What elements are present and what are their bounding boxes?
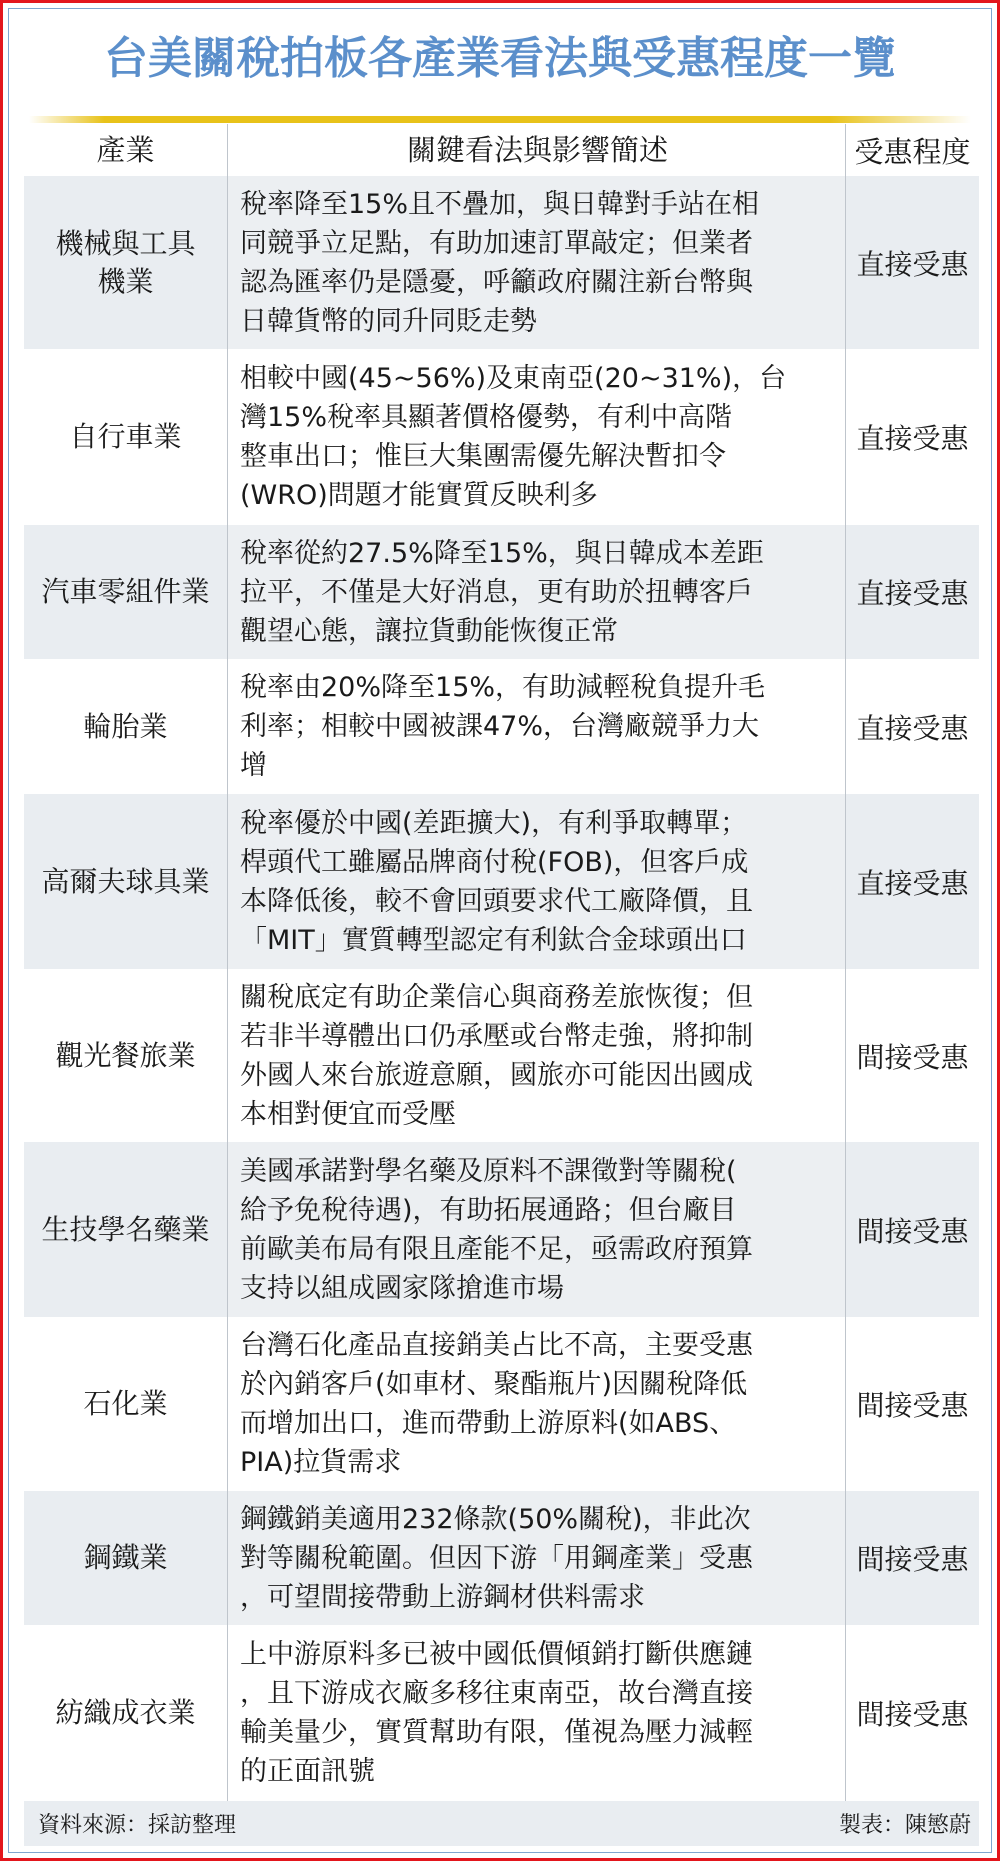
- frame-outer-border: 台美關稅拍板各產業看法與受惠程度一覽 產業 關鍵看法與影響簡述 受惠程度 機械與…: [0, 0, 1000, 1861]
- benefit-level-cell: 直接受惠: [846, 176, 979, 349]
- benefit-level-cell: 直接受惠: [846, 794, 979, 969]
- summary-cell: 鋼鐵銷美適用232條款(50%關稅)，非此次 對等關稅範圍。但因下游「用鋼產業」…: [227, 1491, 846, 1625]
- summary-cell: 美國承諾對學名藥及原料不課徵對等關稅( 給予免稅待遇)，有助拓展通路；但台廠目 …: [227, 1142, 846, 1317]
- benefit-level-cell: 間接受惠: [846, 1625, 979, 1801]
- industry-table: 產業 關鍵看法與影響簡述 受惠程度 機械與工具 機業稅率降至15%且不疊加，與日…: [24, 124, 979, 1846]
- table-footer: 資料來源：採訪整理 製表：陳慜蔚: [24, 1801, 979, 1846]
- summary-cell: 上中游原料多已被中國低價傾銷打斷供應鏈 ，且下游成衣廠多移往東南亞，故台灣直接 …: [227, 1625, 846, 1801]
- table-row: 機械與工具 機業稅率降至15%且不疊加，與日韓對手站在相 同競爭立足點，有助加速…: [24, 176, 979, 349]
- summary-cell: 稅率優於中國(差距擴大)，有利爭取轉單； 桿頭代工雖屬品牌商付稅(FOB)，但客…: [227, 794, 846, 969]
- benefit-level-cell: 間接受惠: [846, 1491, 979, 1625]
- benefit-level-cell: 間接受惠: [846, 969, 979, 1142]
- benefit-level-cell: 間接受惠: [846, 1142, 979, 1317]
- benefit-level-cell: 直接受惠: [846, 659, 979, 794]
- source-note: 資料來源：採訪整理: [38, 1808, 236, 1839]
- industry-cell: 輪胎業: [24, 659, 227, 794]
- industry-cell: 紡織成衣業: [24, 1625, 227, 1801]
- industry-cell: 自行車業: [24, 349, 227, 525]
- header-summary: 關鍵看法與影響簡述: [227, 124, 846, 176]
- industry-cell: 鋼鐵業: [24, 1491, 227, 1625]
- industry-cell: 觀光餐旅業: [24, 969, 227, 1142]
- summary-cell: 台灣石化產品直接銷美占比不高，主要受惠 於內銷客戶(如車材、聚酯瓶片)因關稅降低…: [227, 1317, 846, 1491]
- table-header-row: 產業 關鍵看法與影響簡述 受惠程度: [24, 124, 979, 176]
- table-row: 自行車業相較中國(45~56%)及東南亞(20~31%)，台 灣15%稅率具顯著…: [24, 349, 979, 525]
- header-benefit: 受惠程度: [846, 124, 979, 176]
- benefit-level-cell: 直接受惠: [846, 349, 979, 525]
- table-row: 汽車零組件業稅率從約27.5%降至15%，與日韓成本差距 拉平，不僅是大好消息，…: [24, 525, 979, 659]
- table-row: 石化業台灣石化產品直接銷美占比不高，主要受惠 於內銷客戶(如車材、聚酯瓶片)因關…: [24, 1317, 979, 1491]
- table-row: 鋼鐵業鋼鐵銷美適用232條款(50%關稅)，非此次 對等關稅範圍。但因下游「用鋼…: [24, 1491, 979, 1625]
- industry-cell: 生技學名藥業: [24, 1142, 227, 1317]
- summary-cell: 稅率降至15%且不疊加，與日韓對手站在相 同競爭立足點，有助加速訂單敲定；但業者…: [227, 176, 846, 349]
- page-title: 台美關稅拍板各產業看法與受惠程度一覽: [9, 29, 991, 89]
- summary-cell: 相較中國(45~56%)及東南亞(20~31%)，台 灣15%稅率具顯著價格優勢…: [227, 349, 846, 525]
- title-underline-bar: [29, 116, 971, 123]
- benefit-level-cell: 間接受惠: [846, 1317, 979, 1491]
- industry-cell: 機械與工具 機業: [24, 176, 227, 349]
- table-row: 輪胎業稅率由20%降至15%，有助減輕稅負提升毛 利率；相較中國被課47%，台灣…: [24, 659, 979, 794]
- table-row: 高爾夫球具業稅率優於中國(差距擴大)，有利爭取轉單； 桿頭代工雖屬品牌商付稅(F…: [24, 794, 979, 969]
- industry-cell: 石化業: [24, 1317, 227, 1491]
- summary-cell: 關稅底定有助企業信心與商務差旅恢復；但 若非半導體出口仍承壓或台幣走強，將抑制 …: [227, 969, 846, 1142]
- table-body: 機械與工具 機業稅率降至15%且不疊加，與日韓對手站在相 同競爭立足點，有助加速…: [24, 176, 979, 1801]
- table-row: 紡織成衣業上中游原料多已被中國低價傾銷打斷供應鏈 ，且下游成衣廠多移往東南亞，故…: [24, 1625, 979, 1801]
- industry-cell: 高爾夫球具業: [24, 794, 227, 969]
- benefit-level-cell: 直接受惠: [846, 525, 979, 659]
- table-row: 觀光餐旅業關稅底定有助企業信心與商務差旅恢復；但 若非半導體出口仍承壓或台幣走強…: [24, 969, 979, 1142]
- credit-note: 製表：陳慜蔚: [839, 1808, 971, 1839]
- summary-cell: 稅率從約27.5%降至15%，與日韓成本差距 拉平，不僅是大好消息，更有助於扭轉…: [227, 525, 846, 659]
- table-row: 生技學名藥業美國承諾對學名藥及原料不課徵對等關稅( 給予免稅待遇)，有助拓展通路…: [24, 1142, 979, 1317]
- summary-cell: 稅率由20%降至15%，有助減輕稅負提升毛 利率；相較中國被課47%，台灣廠競爭…: [227, 659, 846, 794]
- industry-cell: 汽車零組件業: [24, 525, 227, 659]
- frame-inner: 台美關稅拍板各產業看法與受惠程度一覽 產業 關鍵看法與影響簡述 受惠程度 機械與…: [8, 8, 992, 1853]
- header-industry: 產業: [24, 124, 227, 176]
